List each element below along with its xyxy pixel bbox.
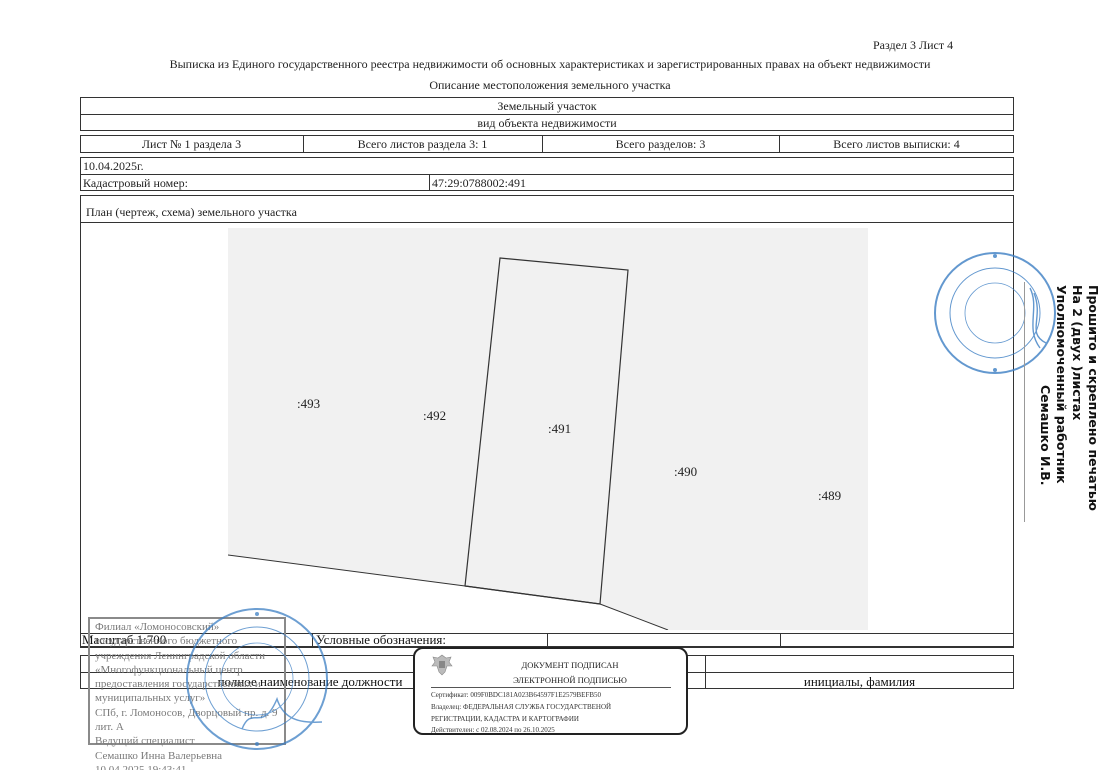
sheet-number: Лист № 1 раздела 3 xyxy=(80,136,303,152)
signed-line-2: ЭЛЕКТРОННОЙ ПОДПИСЬЮ xyxy=(455,675,685,685)
object-type: Земельный участок xyxy=(80,98,1014,114)
binding-note-line-2: На 2 (двух )листах xyxy=(1070,285,1085,420)
parcel-label-493: :493 xyxy=(297,396,320,412)
electronic-signature-box: ДОКУМЕНТ ПОДПИСАН ЭЛЕКТРОННОЙ ПОДПИСЬЮ С… xyxy=(413,647,688,735)
round-seal-right-icon xyxy=(930,248,1060,378)
name-caption: инициалы, фамилия xyxy=(705,674,1014,690)
certificate-owner-2: РЕГИСТРАЦИИ, КАДАСТРА И КАРТОГРАФИИ xyxy=(431,715,579,723)
document-title: Выписка из Единого государственного реес… xyxy=(100,57,1000,72)
cadastral-plan-drawing: :493 :492 :491 :490 :489 xyxy=(228,228,868,630)
cadastral-number-value: 47:29:0788002:491 xyxy=(432,175,526,191)
parcel-label-491: :491 xyxy=(548,421,571,437)
cadastral-number-label: Кадастровый номер: xyxy=(83,175,188,191)
document-subtitle: Описание местоположения земельного участ… xyxy=(100,78,1000,93)
round-seal-bottom-icon xyxy=(182,604,332,754)
total-sheets-section: Всего листов раздела 3: 1 xyxy=(303,136,542,152)
certificate-number: Сертификат: 009F0BDC181A023B64597F1E2579… xyxy=(431,691,601,699)
parcel-label-492: :492 xyxy=(423,408,446,424)
certificate-owner-1: Владелец: ФЕДЕРАЛЬНАЯ СЛУЖБА ГОСУДАРСТВЕ… xyxy=(431,703,611,711)
extract-date: 10.04.2025г. xyxy=(83,158,144,174)
coat-of-arms-icon xyxy=(429,652,455,678)
mfc-stamp-line: 10.04.2025 19:43:41 xyxy=(95,763,278,770)
total-sheets-extract: Всего листов выписки: 4 xyxy=(779,136,1014,152)
binding-note-line-4: Семашко И.В. xyxy=(1038,385,1053,486)
parcel-label-490: :490 xyxy=(674,464,697,480)
legend-label: Условные обозначения: xyxy=(316,632,446,648)
object-type-caption: вид объекта недвижимости xyxy=(80,115,1014,131)
parcel-label-489: :489 xyxy=(818,488,841,504)
plan-title: План (чертеж, схема) земельного участка xyxy=(86,204,297,220)
signed-line-1: ДОКУМЕНТ ПОДПИСАН xyxy=(455,660,685,670)
total-sections: Всего разделов: 3 xyxy=(542,136,779,152)
binding-note-line-1: Прошито и скреплено печатью xyxy=(1086,285,1100,511)
binding-note-line-3: Уполномоченный работник xyxy=(1054,285,1069,484)
certificate-validity: Действителен: с 02.08.2024 по 26.10.2025 xyxy=(431,726,555,734)
section-sheet-number: Раздел 3 Лист 4 xyxy=(873,38,953,53)
